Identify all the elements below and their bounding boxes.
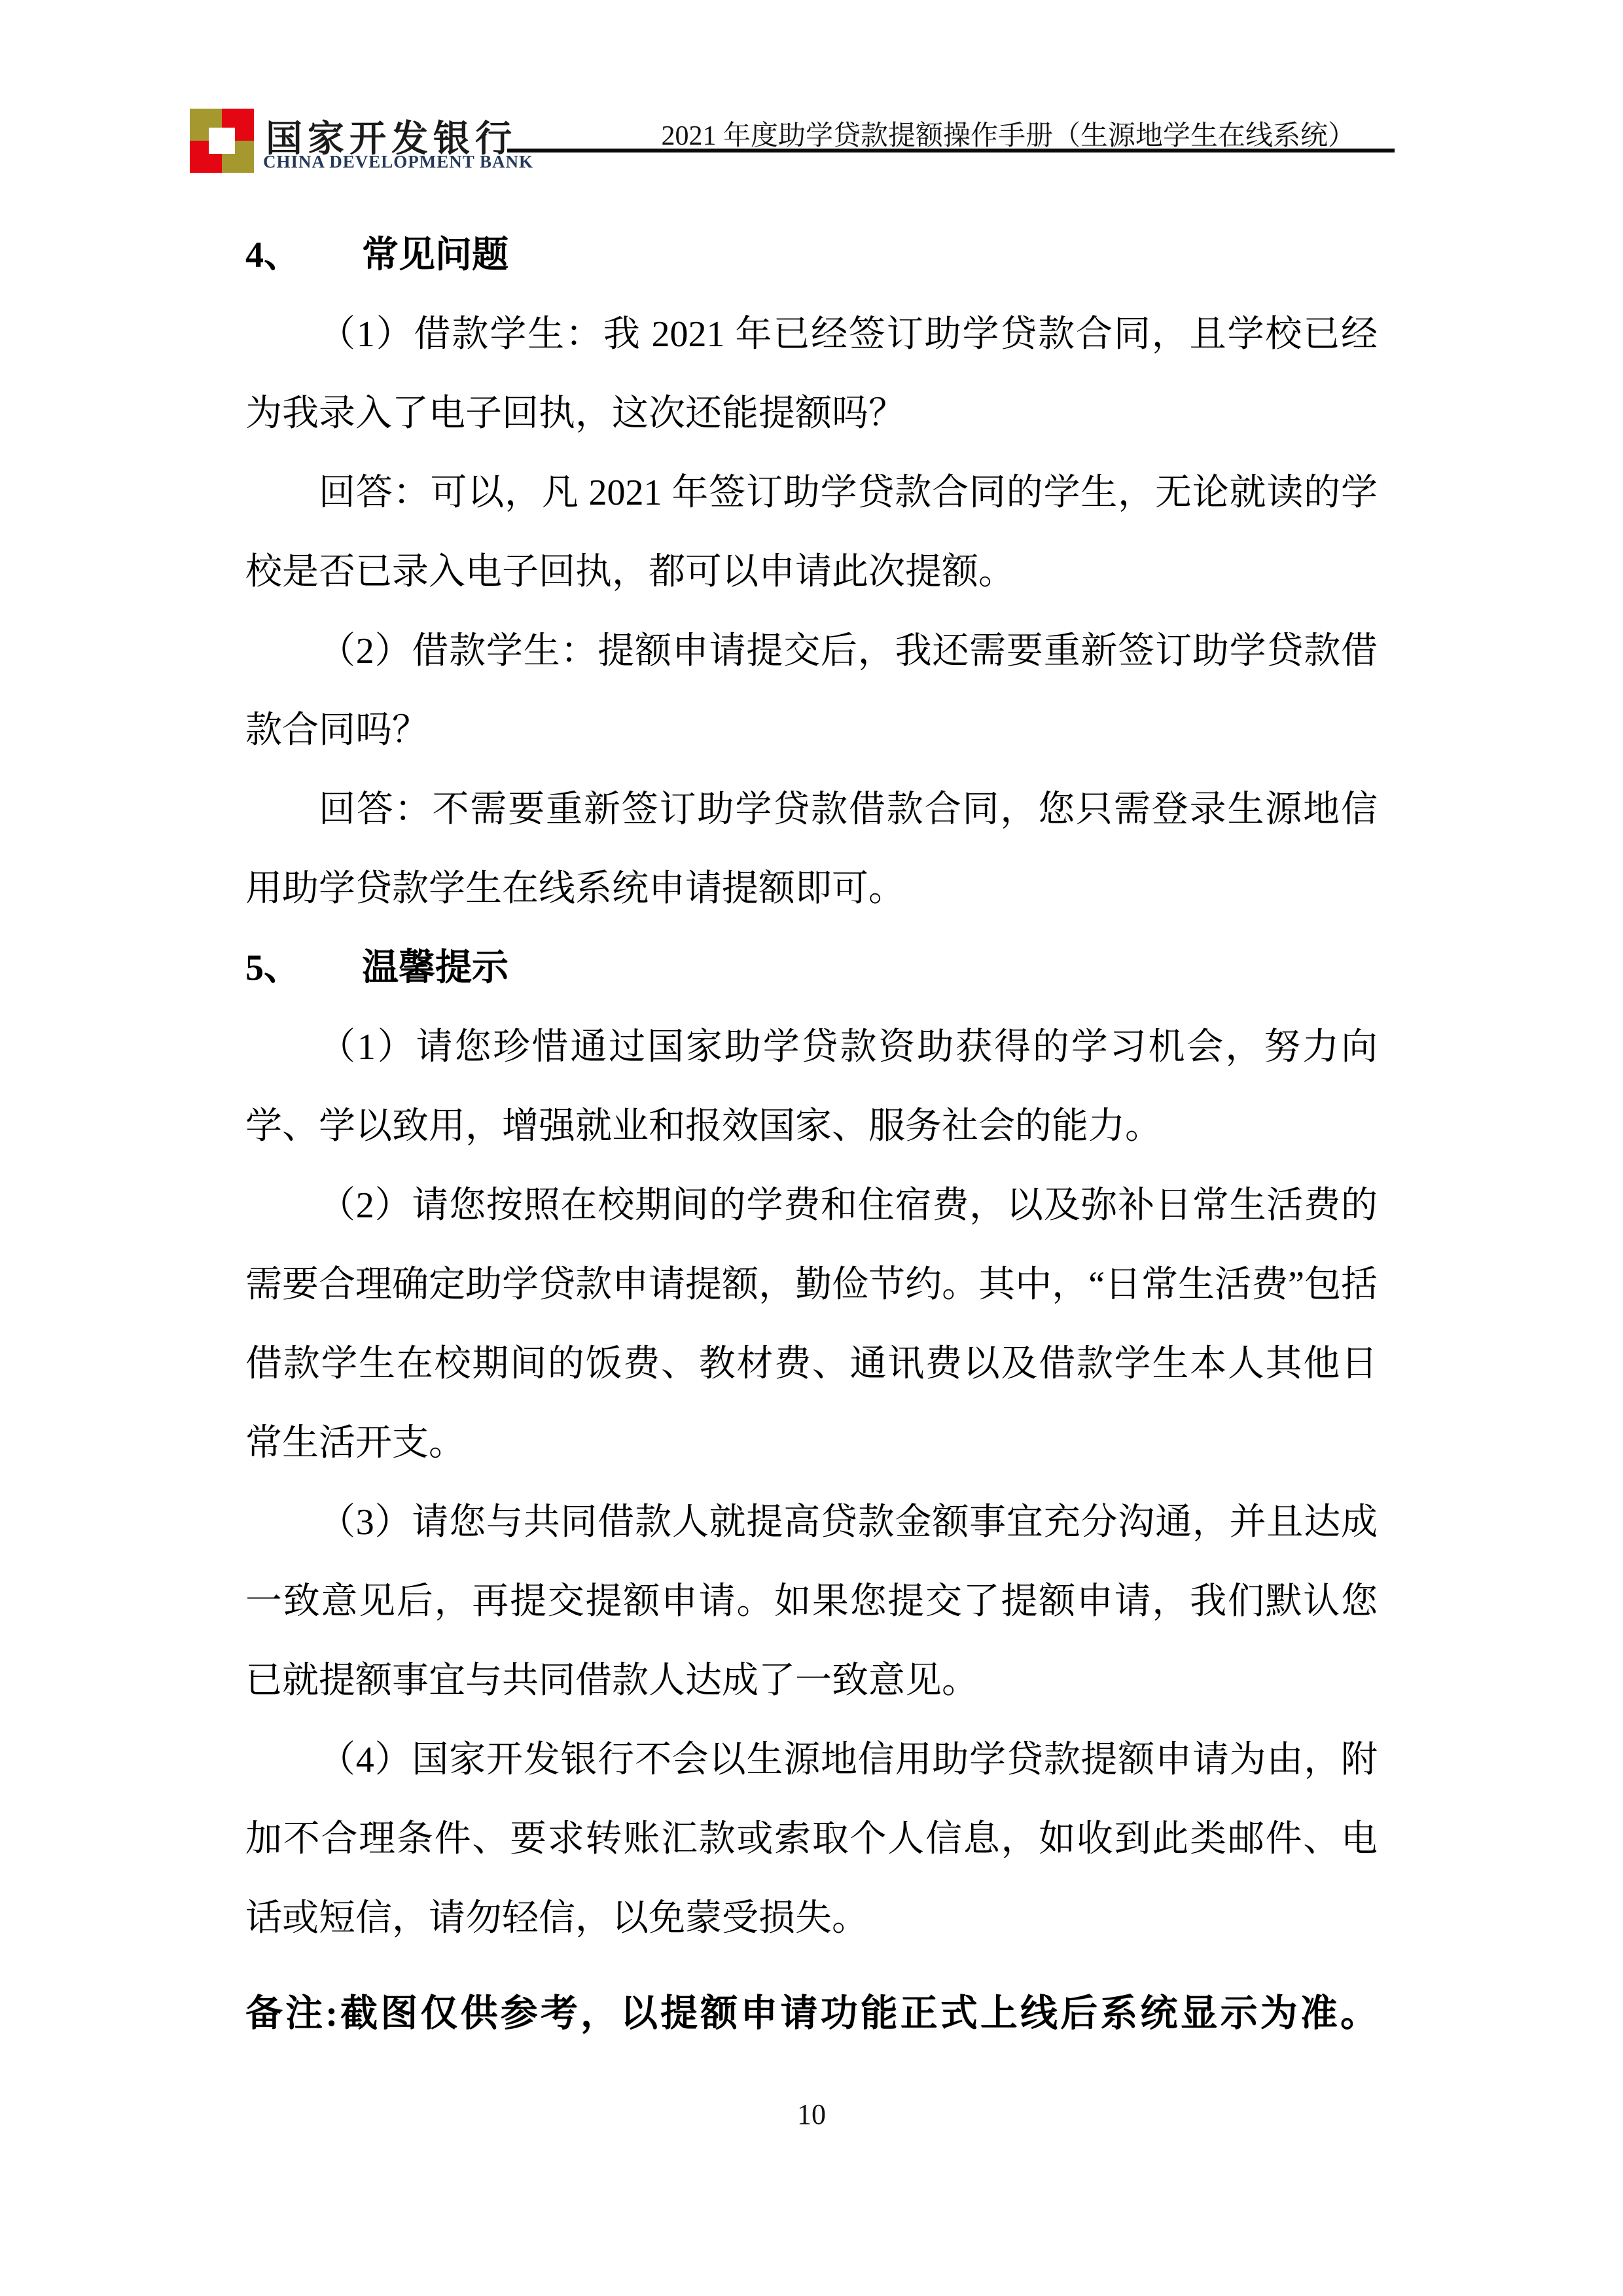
section-5-number: 5、 xyxy=(245,929,362,1008)
section-4-paragraph-2: 回答：可以，凡 2021 年签订助学贷款合同的学生，无论就读的学校是否已录入电子… xyxy=(245,454,1378,612)
section-4-heading: 4、常见问题 xyxy=(245,216,1378,295)
section-4-paragraph-3: （2）借款学生：提额申请提交后，我还需要重新签订助学贷款借款合同吗？ xyxy=(245,612,1378,770)
section-5-title: 温馨提示 xyxy=(362,948,508,988)
section-4-paragraph-4: 回答：不需要重新签订助学贷款借款合同，您只需登录生源地信用助学贷款学生在线系统申… xyxy=(245,770,1378,929)
cdb-logo-icon xyxy=(190,109,254,173)
section-5-paragraph-4: （4）国家开发银行不会以生源地信用助学贷款提额申请为由，附加不合理条件、要求转账… xyxy=(245,1721,1378,1958)
logo-name-en: CHINA DEVELOPMENT BANK xyxy=(263,152,533,172)
document-page: 国家开发银行 CHINA DEVELOPMENT BANK 2021 年度助学贷… xyxy=(0,0,1623,2296)
section-4-number: 4、 xyxy=(245,216,362,295)
section-5-heading: 5、温馨提示 xyxy=(245,929,1378,1008)
document-body: 4、常见问题 （1）借款学生：我 2021 年已经签订助学贷款合同，且学校已经为… xyxy=(245,216,1378,2053)
section-4-paragraph-1: （1）借款学生：我 2021 年已经签订助学贷款合同，且学校已经为我录入了电子回… xyxy=(245,295,1378,454)
remark-note: 备注:截图仅供参考，以提额申请功能正式上线后系统显示为准。 xyxy=(245,1974,1378,2053)
section-5-paragraph-2: （2）请您按照在校期间的学费和住宿费，以及弥补日常生活费的需要合理确定助学贷款申… xyxy=(245,1166,1378,1483)
header-rule xyxy=(507,149,1395,152)
section-4-title: 常见问题 xyxy=(362,235,508,276)
section-5-paragraph-3: （3）请您与共同借款人就提高贷款金额事宜充分沟通，并且达成一致意见后，再提交提额… xyxy=(245,1483,1378,1721)
logo-center-square xyxy=(209,128,235,154)
page-number: 10 xyxy=(0,2098,1623,2131)
document-title: 2021 年度助学贷款提额操作手册（生源地学生在线系统） xyxy=(507,114,1355,153)
section-5-paragraph-1: （1）请您珍惜通过国家助学贷款资助获得的学习机会，努力向学、学以致用，增强就业和… xyxy=(245,1008,1378,1166)
